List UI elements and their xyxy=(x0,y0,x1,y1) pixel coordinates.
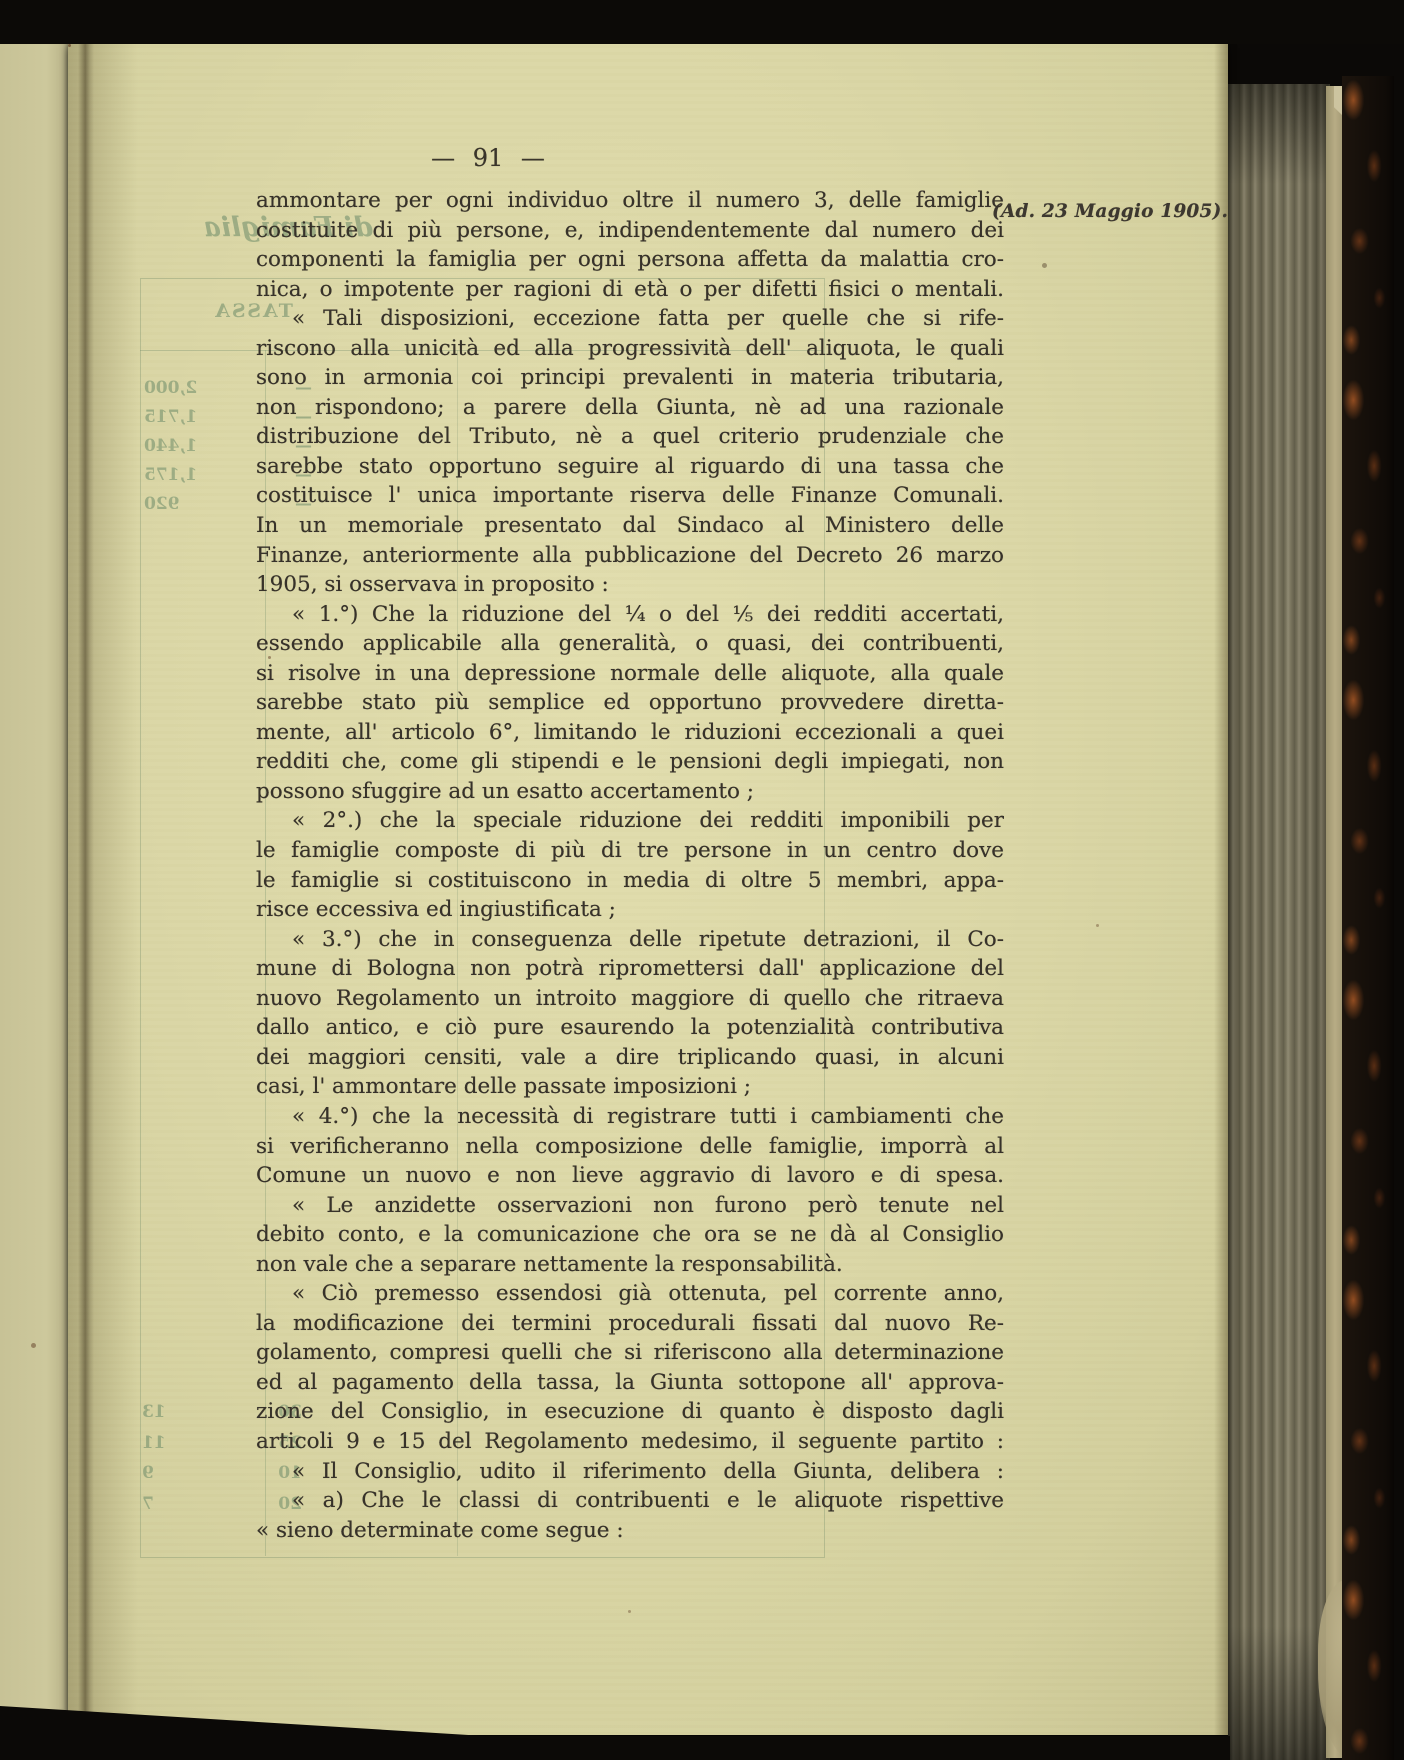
body-text: ammontare per ogni individuo oltre il nu… xyxy=(256,186,1004,1545)
text-line: nuovo Regolamento un introito maggiore d… xyxy=(256,984,1004,1014)
text-line: In un memoriale presentato dal Sindaco a… xyxy=(256,511,1004,541)
text-line: Comune un nuovo e non lieve aggravio di … xyxy=(256,1161,1004,1191)
text-line: costituisce l' unica importante riserva … xyxy=(256,481,1004,511)
text-line: non vale che a separare nettamente la re… xyxy=(256,1250,1004,1280)
text-line: le famiglie si costituiscono in media di… xyxy=(256,866,1004,896)
text-line: risce eccessiva ed ingiustificata ; xyxy=(256,895,1004,925)
scanned-book-photo: di Famiglia TASSA —2,000—1,715—1,440—1,1… xyxy=(0,0,1404,1760)
text-line: sarebbe stato opportuno seguire al rigua… xyxy=(256,452,1004,482)
text-line: essendo applicabile alla generalità, o q… xyxy=(256,629,1004,659)
text-line: ammontare per ogni individuo oltre il nu… xyxy=(256,186,1004,216)
text-line: golamento, compresi quelli che si riferi… xyxy=(256,1338,1004,1368)
fore-edge-page-stack xyxy=(1228,84,1330,1760)
text-line: debito conto, e la comunicazione che ora… xyxy=(256,1220,1004,1250)
text-line: riscono alla unicità ed alla progressivi… xyxy=(256,334,1004,364)
text-line: distribuzione del Tributo, nè a quel cri… xyxy=(256,422,1004,452)
text-line: ed al pagamento della tassa, la Giunta s… xyxy=(256,1368,1004,1398)
text-line: mente, all' articolo 6°, limitando le ri… xyxy=(256,718,1004,748)
text-line: si risolve in una depressione normale de… xyxy=(256,659,1004,689)
text-line: si verificheranno nella composizione del… xyxy=(256,1132,1004,1162)
text-line: « Ciò premesso essendosi già ottenuta, p… xyxy=(256,1279,1004,1309)
paper-specks xyxy=(68,44,71,47)
text-line: dei maggiori censiti, vale a dire tripli… xyxy=(256,1043,1004,1073)
text-line: « a) Che le classi di contribuenti e le … xyxy=(256,1486,1004,1516)
text-line: « Le anzidette osservazioni non furono p… xyxy=(256,1191,1004,1221)
text-line: sarebbe stato più semplice ed opportuno … xyxy=(256,688,1004,718)
text-line: articoli 9 e 15 del Regolamento medesimo… xyxy=(256,1427,1004,1457)
background-top xyxy=(0,0,1404,44)
text-line: le famiglie composte di più di tre perso… xyxy=(256,836,1004,866)
text-line: « 3.°) che in conseguenza delle ripetute… xyxy=(256,925,1004,955)
book-page: di Famiglia TASSA —2,000—1,715—1,440—1,1… xyxy=(68,44,1228,1735)
text-line: 1905, si osservava in proposito : xyxy=(256,570,1004,600)
text-line: zione del Consiglio, in esecuzione di qu… xyxy=(256,1397,1004,1427)
cover-shadow xyxy=(1342,76,1394,1760)
text-line: costituite di più persone, e, indipenden… xyxy=(256,216,1004,246)
text-line: sono in armonia coi principi prevalenti … xyxy=(256,363,1004,393)
text-line: mune di Bologna non potrà ripromettersi … xyxy=(256,954,1004,984)
text-line: componenti la famiglia per ogni persona … xyxy=(256,245,1004,275)
text-line: non rispondono; a parere della Giunta, n… xyxy=(256,393,1004,423)
text-line: la modificazione dei termini procedurali… xyxy=(256,1309,1004,1339)
text-line: possono sfuggire ad un esatto accertamen… xyxy=(256,777,1004,807)
text-line: « 1.°) Che la riduzione del ¼ o del ⅕ de… xyxy=(256,600,1004,630)
text-line: nica, o impotente per ragioni di età o p… xyxy=(256,275,1004,305)
text-line: redditi che, come gli stipendi e le pens… xyxy=(256,747,1004,777)
text-line: « 2°.) che la speciale riduzione dei red… xyxy=(256,806,1004,836)
text-line: « 4.°) che la necessità di registrare tu… xyxy=(256,1102,1004,1132)
page-number: — 91 — xyxy=(398,144,578,172)
book-gutter-shadow xyxy=(78,40,94,1740)
text-line: dallo antico, e ciò pure esaurendo la po… xyxy=(256,1013,1004,1043)
text-line: « Tali disposizioni, eccezione fatta per… xyxy=(256,304,1004,334)
text-line: « sieno determinate come segue : xyxy=(256,1516,1004,1546)
text-line: casi, l' ammontare delle passate imposiz… xyxy=(256,1072,1004,1102)
text-line: « Il Consiglio, udito il riferimento del… xyxy=(256,1457,1004,1487)
text-line: Finanze, anteriormente alla pubblicazion… xyxy=(256,541,1004,571)
margin-note-date: (Ad. 23 Maggio 1905). xyxy=(992,201,1222,222)
